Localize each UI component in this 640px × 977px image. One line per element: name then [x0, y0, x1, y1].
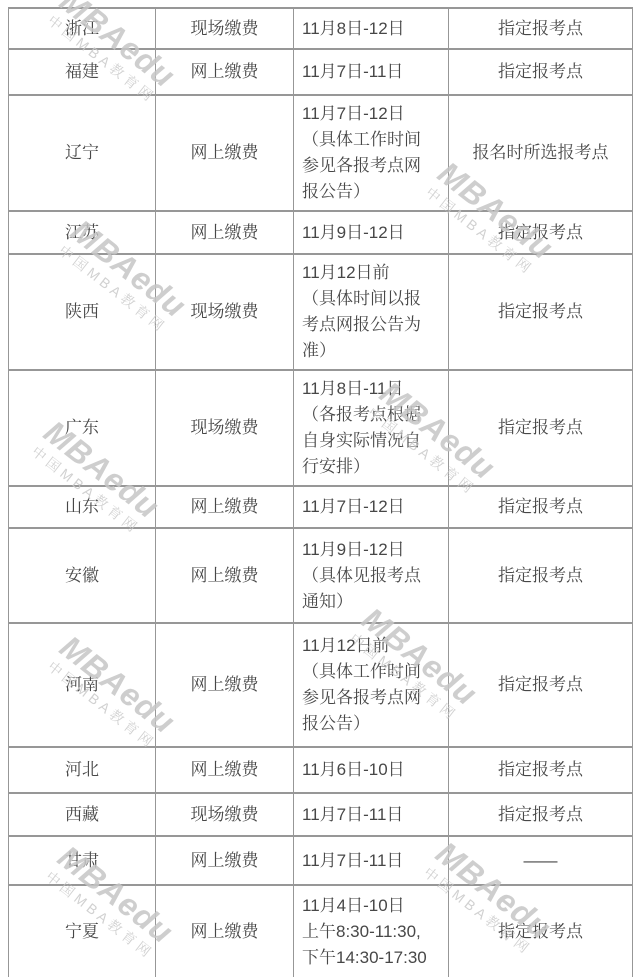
- table-row: 甘肃 网上缴费 11月7日-11日 ——: [9, 836, 633, 885]
- province-cell: 福建: [9, 49, 156, 95]
- payment-location-cell: 报名时所选报考点: [449, 95, 633, 211]
- payment-time-cell: 11月7日-12日 （具体工作时间 参见各报考点网 报公告）: [294, 95, 449, 211]
- payment-location-cell: 指定报考点: [449, 211, 633, 254]
- payment-method-cell: 网上缴费: [156, 49, 294, 95]
- payment-method-cell: 网上缴费: [156, 211, 294, 254]
- payment-time-cell: 11月12日前 （具体时间以报 考点网报公告为 准）: [294, 254, 449, 370]
- payment-location-cell: ——: [449, 836, 633, 885]
- province-cell: 广东: [9, 370, 156, 486]
- province-cell: 安徽: [9, 528, 156, 623]
- payment-location-cell: 指定报考点: [449, 528, 633, 623]
- payment-table-body: 浙江 现场缴费 11月8日-12日 指定报考点 福建 网上缴费 11月7日-11…: [9, 8, 633, 977]
- payment-method-cell: 网上缴费: [156, 486, 294, 528]
- table-row: 辽宁 网上缴费 11月7日-12日 （具体工作时间 参见各报考点网 报公告） 报…: [9, 95, 633, 211]
- payment-location-cell: 指定报考点: [449, 793, 633, 836]
- payment-method-cell: 网上缴费: [156, 747, 294, 793]
- payment-location-cell: 指定报考点: [449, 49, 633, 95]
- payment-method-cell: 网上缴费: [156, 95, 294, 211]
- payment-time-cell: 11月8日-12日: [294, 8, 449, 49]
- table-row: 西藏 现场缴费 11月7日-11日 指定报考点: [9, 793, 633, 836]
- payment-location-cell: 指定报考点: [449, 370, 633, 486]
- province-cell: 陕西: [9, 254, 156, 370]
- payment-table: 浙江 现场缴费 11月8日-12日 指定报考点 福建 网上缴费 11月7日-11…: [8, 7, 633, 977]
- payment-method-cell: 网上缴费: [156, 528, 294, 623]
- province-cell: 辽宁: [9, 95, 156, 211]
- payment-method-cell: 网上缴费: [156, 885, 294, 977]
- payment-location-cell: 指定报考点: [449, 623, 633, 747]
- table-row: 河北 网上缴费 11月6日-10日 指定报考点: [9, 747, 633, 793]
- table-row: 安徽 网上缴费 11月9日-12日 （具体见报考点 通知） 指定报考点: [9, 528, 633, 623]
- table-row: 浙江 现场缴费 11月8日-12日 指定报考点: [9, 8, 633, 49]
- table-row: 宁夏 网上缴费 11月4日-10日 上午8:30-11:30, 下午14:30-…: [9, 885, 633, 977]
- payment-time-cell: 11月7日-11日: [294, 793, 449, 836]
- payment-method-cell: 网上缴费: [156, 836, 294, 885]
- province-cell: 山东: [9, 486, 156, 528]
- payment-location-cell: 指定报考点: [449, 747, 633, 793]
- payment-method-cell: 现场缴费: [156, 254, 294, 370]
- payment-method-cell: 网上缴费: [156, 623, 294, 747]
- province-cell: 甘肃: [9, 836, 156, 885]
- payment-time-cell: 11月12日前 （具体工作时间 参见各报考点网 报公告）: [294, 623, 449, 747]
- payment-method-cell: 现场缴费: [156, 793, 294, 836]
- payment-method-cell: 现场缴费: [156, 8, 294, 49]
- payment-time-cell: 11月9日-12日 （具体见报考点 通知）: [294, 528, 449, 623]
- province-cell: 河南: [9, 623, 156, 747]
- payment-time-cell: 11月7日-12日: [294, 486, 449, 528]
- payment-method-cell: 现场缴费: [156, 370, 294, 486]
- table-row: 河南 网上缴费 11月12日前 （具体工作时间 参见各报考点网 报公告） 指定报…: [9, 623, 633, 747]
- province-cell: 浙江: [9, 8, 156, 49]
- payment-time-cell: 11月7日-11日: [294, 49, 449, 95]
- payment-location-cell: 指定报考点: [449, 254, 633, 370]
- province-cell: 西藏: [9, 793, 156, 836]
- payment-time-cell: 11月9日-12日: [294, 211, 449, 254]
- table-row: 广东 现场缴费 11月8日-11日 （各报考点根据 自身实际情况自 行安排） 指…: [9, 370, 633, 486]
- table-row: 江苏 网上缴费 11月9日-12日 指定报考点: [9, 211, 633, 254]
- payment-time-cell: 11月4日-10日 上午8:30-11:30, 下午14:30-17:30: [294, 885, 449, 977]
- table-row: 福建 网上缴费 11月7日-11日 指定报考点: [9, 49, 633, 95]
- table-row: 陕西 现场缴费 11月12日前 （具体时间以报 考点网报公告为 准） 指定报考点: [9, 254, 633, 370]
- payment-location-cell: 指定报考点: [449, 885, 633, 977]
- page: 浙江 现场缴费 11月8日-12日 指定报考点 福建 网上缴费 11月7日-11…: [0, 0, 640, 977]
- province-cell: 宁夏: [9, 885, 156, 977]
- province-cell: 江苏: [9, 211, 156, 254]
- table-row: 山东 网上缴费 11月7日-12日 指定报考点: [9, 486, 633, 528]
- province-cell: 河北: [9, 747, 156, 793]
- payment-time-cell: 11月6日-10日: [294, 747, 449, 793]
- payment-time-cell: 11月7日-11日: [294, 836, 449, 885]
- payment-location-cell: 指定报考点: [449, 486, 633, 528]
- payment-location-cell: 指定报考点: [449, 8, 633, 49]
- payment-time-cell: 11月8日-11日 （各报考点根据 自身实际情况自 行安排）: [294, 370, 449, 486]
